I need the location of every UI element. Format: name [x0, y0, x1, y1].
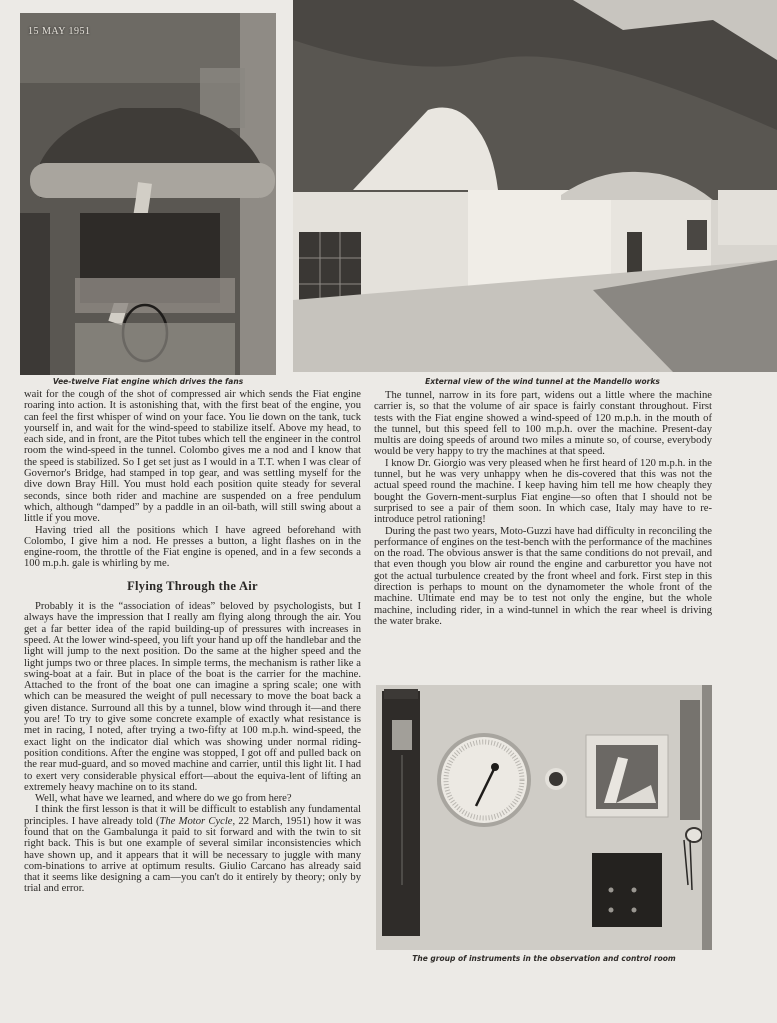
section-heading: Flying Through the Air [24, 581, 361, 592]
date-stamp: 15 MAY 1951 [28, 26, 91, 37]
article-right-column: The tunnel, narrow in its fore part, wid… [374, 390, 712, 627]
paragraph: Well, what have we learned, and where do… [24, 793, 361, 804]
wind-tunnel-photo [293, 0, 777, 372]
publication-title: The Motor Cycle [159, 816, 232, 827]
wind-tunnel-caption: External view of the wind tunnel at the … [370, 377, 715, 386]
paragraph: The tunnel, narrow in its fore part, wid… [374, 390, 712, 458]
paragraph: I know Dr. Giorgio was very pleased when… [374, 458, 712, 526]
engine-caption: Vee-twelve Fiat engine which drives the … [20, 377, 276, 386]
paragraph: wait for the cough of the shot of compre… [24, 389, 361, 525]
instruments-caption: The group of instruments in the observat… [376, 954, 712, 963]
article-left-column: wait for the cough of the shot of compre… [24, 389, 361, 895]
instruments-photo [376, 685, 712, 950]
engine-illustration [20, 13, 276, 375]
wind-tunnel-illustration [293, 0, 777, 372]
paragraph: I think the first lesson is that it will… [24, 804, 361, 894]
instrument-panel-illustration [376, 685, 712, 950]
paragraph: Probably it is the “association of ideas… [24, 601, 361, 793]
engine-photo: 15 MAY 1951 [20, 13, 276, 375]
paragraph: During the past two years, Moto-Guzzi ha… [374, 526, 712, 628]
paragraph: Having tried all the positions which I h… [24, 525, 361, 570]
text-run: , 22 March, 1951) how it was found that … [24, 816, 361, 895]
